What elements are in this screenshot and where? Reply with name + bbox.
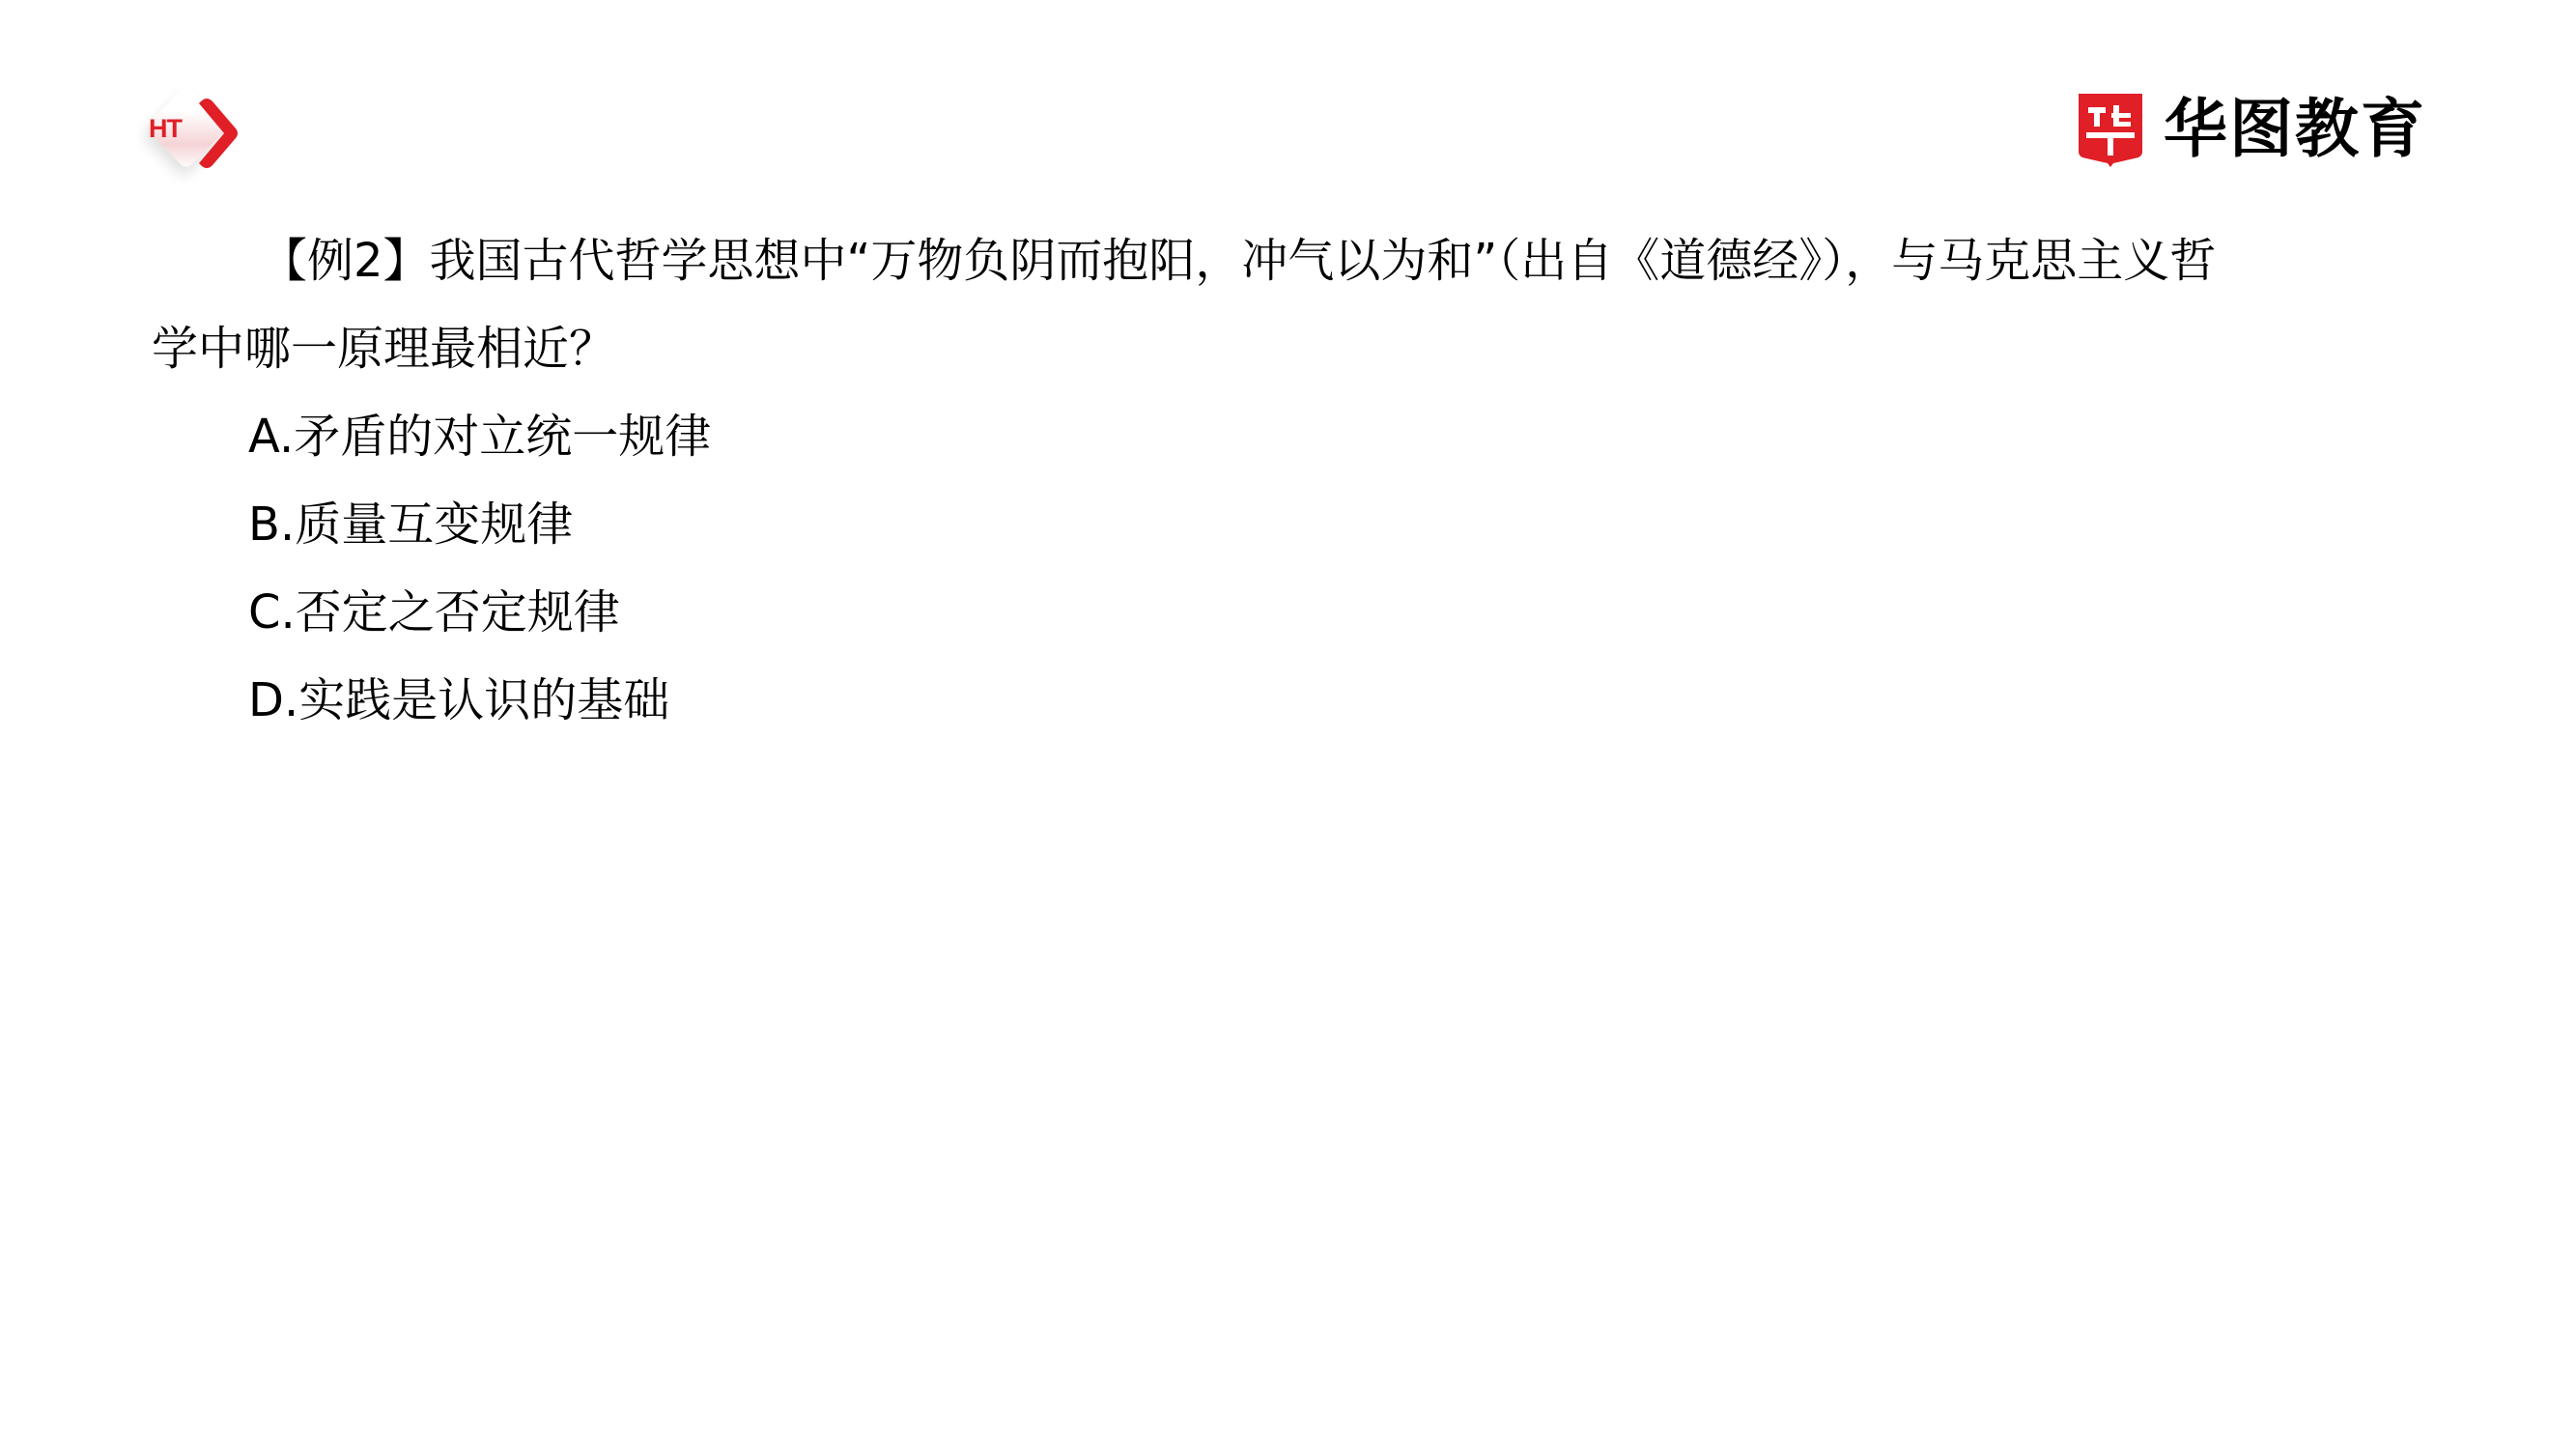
brand-logo: 华图教育 [2077,91,2426,168]
ht-logo: HT [143,90,249,177]
option-d: D.实践是认识的基础 [152,657,2421,745]
option-b: B.质量互变规律 [152,481,2421,569]
question-text-line1: 【例2】我国古代哲学思想中“万物负阴而抱阳，冲气以为和”（出自《道德经》），与马… [152,217,2421,305]
option-c: C.否定之否定规律 [152,569,2421,657]
huatu-shield-icon [2077,92,2144,167]
brand-name: 华图教育 [2164,98,2426,161]
question-block: 【例2】我国古代哲学思想中“万物负阴而抱阳，冲气以为和”（出自《道德经》），与马… [152,217,2421,745]
question-text-line2: 学中哪一原理最相近？ [152,305,2421,393]
option-a: A.矛盾的对立统一规律 [152,393,2421,481]
ht-logo-text: HT [149,114,182,144]
